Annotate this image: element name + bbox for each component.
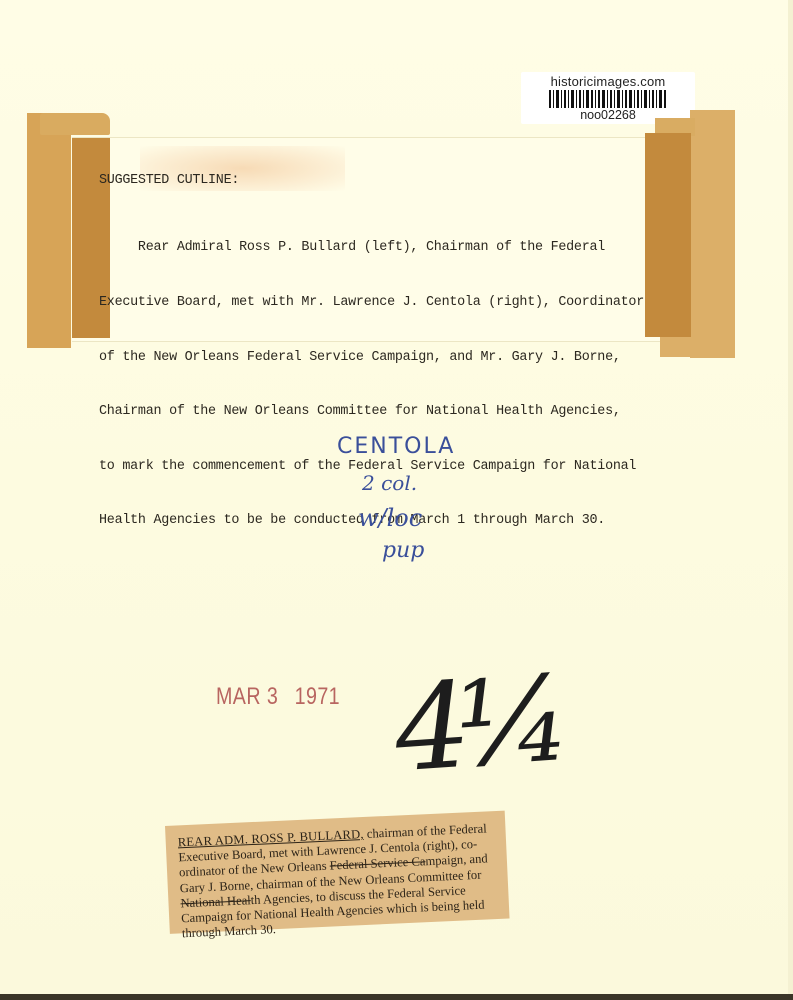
clipping-text: mpaign, and bbox=[425, 852, 488, 869]
archive-barcode-label: historicimages.com noo02268 bbox=[521, 72, 695, 124]
tape-left-outer bbox=[27, 113, 71, 348]
handwritten-note: w/loc bbox=[358, 506, 422, 530]
stamp-month-day: MAR 3 bbox=[216, 683, 278, 710]
cutline-body: Rear Admiral Ross P. Bullard (left), Cha… bbox=[99, 203, 644, 549]
cutline-heading: SUGGESTED CUTLINE: bbox=[99, 172, 239, 190]
cutline-line: Chairman of the New Orleans Committee fo… bbox=[99, 403, 644, 421]
barcode-icon bbox=[549, 90, 667, 108]
paper-edge bbox=[788, 0, 793, 1000]
cutline-line: of the New Orleans Federal Service Campa… bbox=[99, 349, 644, 367]
clipping-struck-text: National Heal bbox=[180, 893, 251, 910]
tape-left-top bbox=[40, 113, 110, 135]
tape-right-outer bbox=[690, 110, 735, 358]
cutline-line: Rear Admiral Ross P. Bullard (left), Cha… bbox=[99, 239, 644, 257]
archive-site-name: historicimages.com bbox=[521, 74, 695, 89]
stamp-year: 1971 bbox=[295, 683, 340, 710]
newspaper-clipping: Rear Adm. Ross P. Bullard, chairman of t… bbox=[165, 811, 510, 934]
scan-bottom-edge bbox=[0, 994, 793, 1000]
date-stamp: MAR 31971 bbox=[216, 683, 340, 711]
handwritten-columns: 2 col. bbox=[362, 473, 417, 493]
handwritten-name: CENTOLA bbox=[337, 436, 455, 458]
tape-right-bottom bbox=[660, 337, 735, 357]
tape-right-inner bbox=[645, 133, 691, 337]
handwritten-note: pup bbox=[382, 540, 424, 562]
cutline-line: Executive Board, met with Mr. Lawrence J… bbox=[99, 294, 644, 312]
grease-pencil-size-mark: 4¼ bbox=[391, 660, 560, 789]
